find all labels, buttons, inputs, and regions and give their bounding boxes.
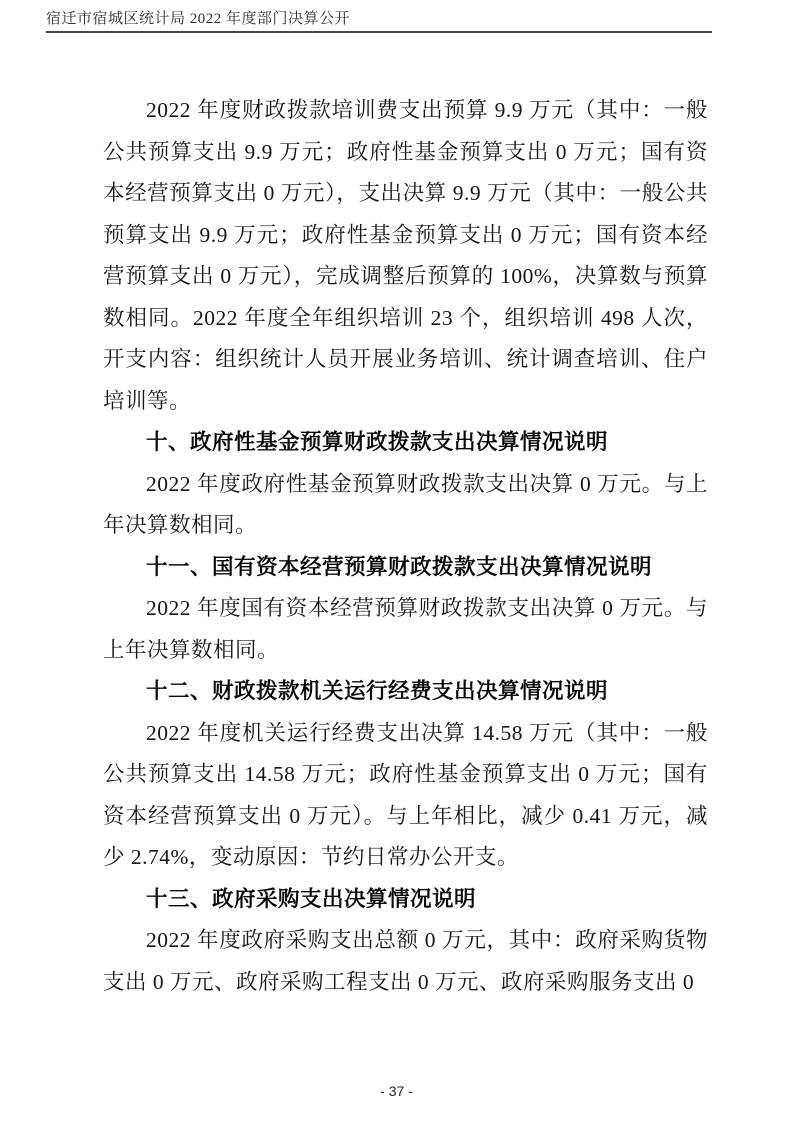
heading-12-agency-operating-funds: 十二、财政拨款机关运行经费支出决算情况说明 xyxy=(103,671,708,713)
paragraph-govt-procurement-expenditure: 2022 年度政府采购支出总额 0 万元，其中：政府采购货物支出 0 万元、政府… xyxy=(103,920,708,1003)
document-body: 2022 年度财政拨款培训费支出预算 9.9 万元（其中：一般公共预算支出 9.… xyxy=(103,90,708,1003)
page-number: - 37 - xyxy=(380,1083,413,1099)
page-header: 宿迁市宿城区统计局 2022 年度部门决算公开 xyxy=(46,11,712,33)
heading-13-govt-procurement: 十三、政府采购支出决算情况说明 xyxy=(103,879,708,921)
header-rule xyxy=(46,31,712,33)
heading-10-govt-fund-budget-expenditure: 十、政府性基金预算财政拨款支出决算情况说明 xyxy=(103,422,708,464)
heading-11-state-capital-budget-expenditure: 十一、国有资本经营预算财政拨款支出决算情况说明 xyxy=(103,547,708,589)
header-title: 宿迁市宿城区统计局 2022 年度部门决算公开 xyxy=(46,11,712,28)
paragraph-govt-fund-expenditure: 2022 年度政府性基金预算财政拨款支出决算 0 万元。与上年决算数相同。 xyxy=(103,464,708,547)
paragraph-agency-operating-expenditure: 2022 年度机关运行经费支出决算 14.58 万元（其中：一般公共预算支出 1… xyxy=(103,713,708,879)
document-page: 宿迁市宿城区统计局 2022 年度部门决算公开 2022 年度财政拨款培训费支出… xyxy=(0,0,793,1122)
paragraph-training-fee-budget: 2022 年度财政拨款培训费支出预算 9.9 万元（其中：一般公共预算支出 9.… xyxy=(103,90,708,422)
paragraph-state-capital-expenditure: 2022 年度国有资本经营预算财政拨款支出决算 0 万元。与上年决算数相同。 xyxy=(103,588,708,671)
page-footer: - 37 - xyxy=(0,1083,793,1101)
